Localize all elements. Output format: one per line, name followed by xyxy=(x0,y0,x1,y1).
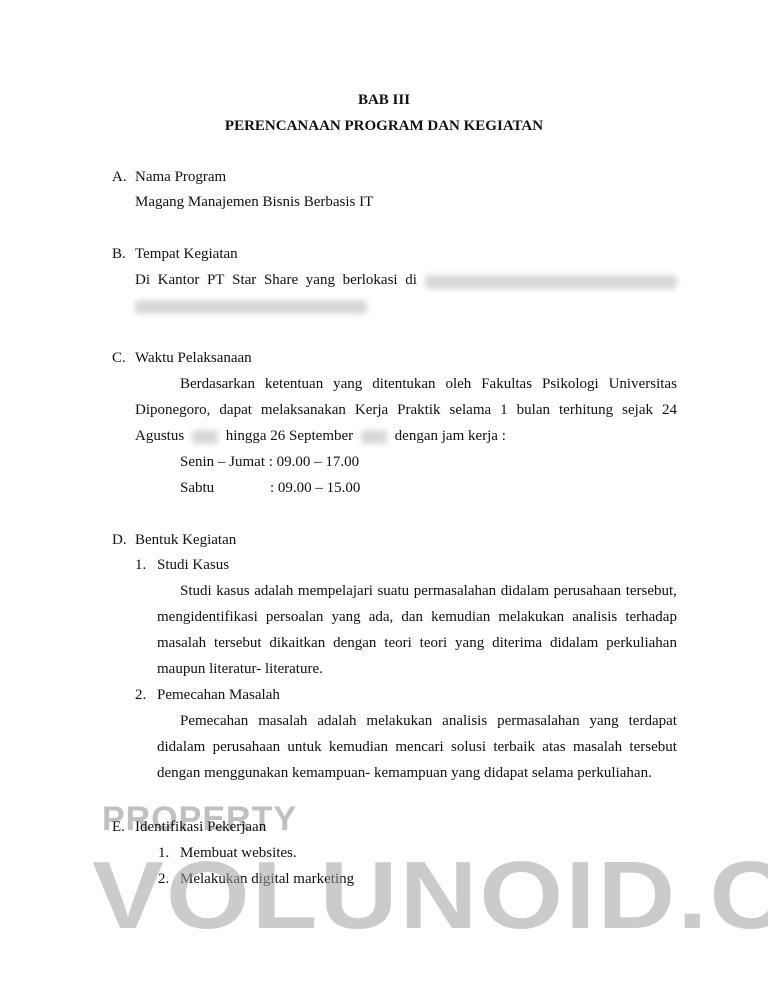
word: suatu xyxy=(377,583,409,600)
word: Star xyxy=(232,272,256,289)
word: permasalahan xyxy=(414,583,496,600)
word: dan xyxy=(401,609,423,626)
word: Diponegoro, xyxy=(135,402,210,419)
word: Universitas xyxy=(609,376,677,393)
word: didalam xyxy=(501,583,549,600)
subitem-2-marker: 2. xyxy=(135,687,146,704)
word: teori xyxy=(384,635,412,652)
word: adalah xyxy=(254,583,293,600)
word: melaksanakan xyxy=(261,402,346,419)
subitem-2-heading: Pemecahan Masalah xyxy=(157,687,280,704)
word: masalah xyxy=(258,713,307,730)
section-a-marker: A. xyxy=(112,169,127,186)
word: Fakultas xyxy=(481,376,532,393)
redacted-year xyxy=(192,430,218,444)
redacted-address xyxy=(425,275,677,289)
word: mengidentifikasi xyxy=(157,609,258,626)
subitem-2-para-last: dengan menggunakan kemampuan- kemampuan … xyxy=(157,765,652,782)
schedule-time: 09.00 – 15.00 xyxy=(278,480,361,496)
word: teori xyxy=(420,635,448,652)
schedule-sep: : xyxy=(269,454,273,470)
word: dengan xyxy=(333,635,376,652)
word: Studi xyxy=(180,583,212,600)
schedule-row: Senin – Jumat : 09.00 – 17.00 xyxy=(180,454,359,471)
document-page: BAB III PERENCANAAN PROGRAM DAN KEGIATAN… xyxy=(0,0,768,993)
word: terhadap xyxy=(625,609,677,626)
word: Psikologi xyxy=(542,376,599,393)
section-d-marker: D. xyxy=(112,532,127,549)
word: mencari xyxy=(395,739,443,756)
word: yang xyxy=(455,635,484,652)
word: 1 xyxy=(500,402,508,419)
word: atas xyxy=(542,739,565,756)
word: terhitung xyxy=(559,402,613,419)
word: Kerja xyxy=(355,402,388,419)
word: Share xyxy=(264,272,298,289)
section-b-heading: Tempat Kegiatan xyxy=(135,246,238,263)
word: masalah xyxy=(573,739,622,756)
word: 24 xyxy=(662,402,677,419)
watermark-volunoid: VOLUNOID.COM xyxy=(92,848,768,944)
subitem-2-para-line: Pemecahanmasalahadalahmelakukananalisisp… xyxy=(180,713,677,730)
chapter-label: BAB III xyxy=(0,92,768,109)
word: persoalan xyxy=(266,609,323,626)
subitem-1-para-last: maupun literatur- literature. xyxy=(157,661,323,678)
word: ada, xyxy=(369,609,394,626)
word: perkuliahan xyxy=(606,635,677,652)
subitem-1-para-line: Studikasusadalahmempelajarisuatupermasal… xyxy=(180,583,677,600)
word: PT xyxy=(207,272,225,289)
word: analisis xyxy=(572,609,617,626)
section-c-marker: C. xyxy=(112,350,126,367)
word: permasalahan xyxy=(497,713,579,730)
word: tersebut xyxy=(629,739,676,756)
word: terbaik xyxy=(493,739,535,756)
schedule-day: Senin – Jumat xyxy=(180,454,265,470)
word: solusi xyxy=(451,739,486,756)
word: selama xyxy=(450,402,492,419)
word: sejak xyxy=(622,402,653,419)
word: tersebut, xyxy=(626,583,677,600)
section-e-heading: Identifikasi Pekerjaan xyxy=(135,819,266,836)
word: Di xyxy=(135,272,150,289)
word: diterima xyxy=(492,635,542,652)
word: ketentuan xyxy=(265,376,323,393)
word: didalam xyxy=(550,635,598,652)
word: kasus xyxy=(216,583,249,600)
word: Pemecahan xyxy=(180,713,248,730)
word: perusahaan xyxy=(554,583,621,600)
word: yang xyxy=(331,609,360,626)
subitem-1-marker: 1. xyxy=(135,557,146,574)
word: mempelajari xyxy=(298,583,373,600)
section-c-para-line: Diponegoro,dapatmelaksanakanKerjaPraktik… xyxy=(135,402,677,419)
section-b-body: DiKantorPTStarShareyangberlokasidi xyxy=(135,272,417,289)
word: ditentukan xyxy=(372,376,435,393)
word: kemudian xyxy=(431,609,490,626)
word: perusahaan xyxy=(213,739,280,756)
redacted-year xyxy=(361,430,387,444)
section-e-marker: E. xyxy=(112,819,125,836)
word: yang xyxy=(590,713,619,730)
word: adalah xyxy=(317,713,356,730)
schedule-sep: : xyxy=(270,480,274,496)
subitem-1-para-line: masalahtersebutdikaitkandenganteoriteori… xyxy=(157,635,677,652)
word: Kantor xyxy=(158,272,200,289)
word: melakukan xyxy=(366,713,432,730)
word: Berdasarkan xyxy=(180,376,255,393)
subitem-1-heading: Studi Kasus xyxy=(157,557,229,574)
word: Praktik xyxy=(397,402,440,419)
word: bulan xyxy=(517,402,550,419)
section-c-para-line: BerdasarkanketentuanyangditentukanolehFa… xyxy=(180,376,677,393)
subitem-1-para-line: mengidentifikasipersoalanyangada,dankemu… xyxy=(157,609,677,626)
word: terdapat xyxy=(629,713,677,730)
subitem-2-para-line: didalamperusahaanuntukkemudianmencarisol… xyxy=(157,739,677,756)
word: melakukan xyxy=(498,609,564,626)
text-agustus: Agustus xyxy=(135,428,184,444)
word: oleh xyxy=(445,376,471,393)
schedule-row: : 09.00 – 15.00 xyxy=(270,480,360,497)
section-a-heading: Nama Program xyxy=(135,169,226,186)
schedule-time: 09.00 – 17.00 xyxy=(277,454,360,470)
text-september: hingga 26 September xyxy=(226,428,353,444)
word: yang xyxy=(306,272,335,289)
word: dapat xyxy=(219,402,251,419)
section-b-marker: B. xyxy=(112,246,126,263)
word: yang xyxy=(333,376,362,393)
word: tersebut xyxy=(214,635,261,652)
section-a-body: Magang Manajemen Bisnis Berbasis IT xyxy=(135,194,373,211)
word: analisis xyxy=(442,713,487,730)
word: untuk xyxy=(287,739,321,756)
section-c-para-line: Agustus hingga 26 September dengan jam k… xyxy=(135,428,506,445)
redacted-address-cont xyxy=(135,300,367,314)
word: masalah xyxy=(157,635,206,652)
word: dikaitkan xyxy=(269,635,325,652)
word: kemudian xyxy=(329,739,388,756)
word: di xyxy=(405,272,417,289)
chapter-title: PERENCANAAN PROGRAM DAN KEGIATAN xyxy=(0,118,768,135)
word: berlokasi xyxy=(343,272,398,289)
section-d-heading: Bentuk Kegiatan xyxy=(135,532,236,549)
text-jam-kerja: dengan jam kerja : xyxy=(395,428,506,444)
schedule-day: Sabtu xyxy=(180,480,214,497)
section-c-heading: Waktu Pelaksanaan xyxy=(135,350,252,367)
word: didalam xyxy=(157,739,205,756)
